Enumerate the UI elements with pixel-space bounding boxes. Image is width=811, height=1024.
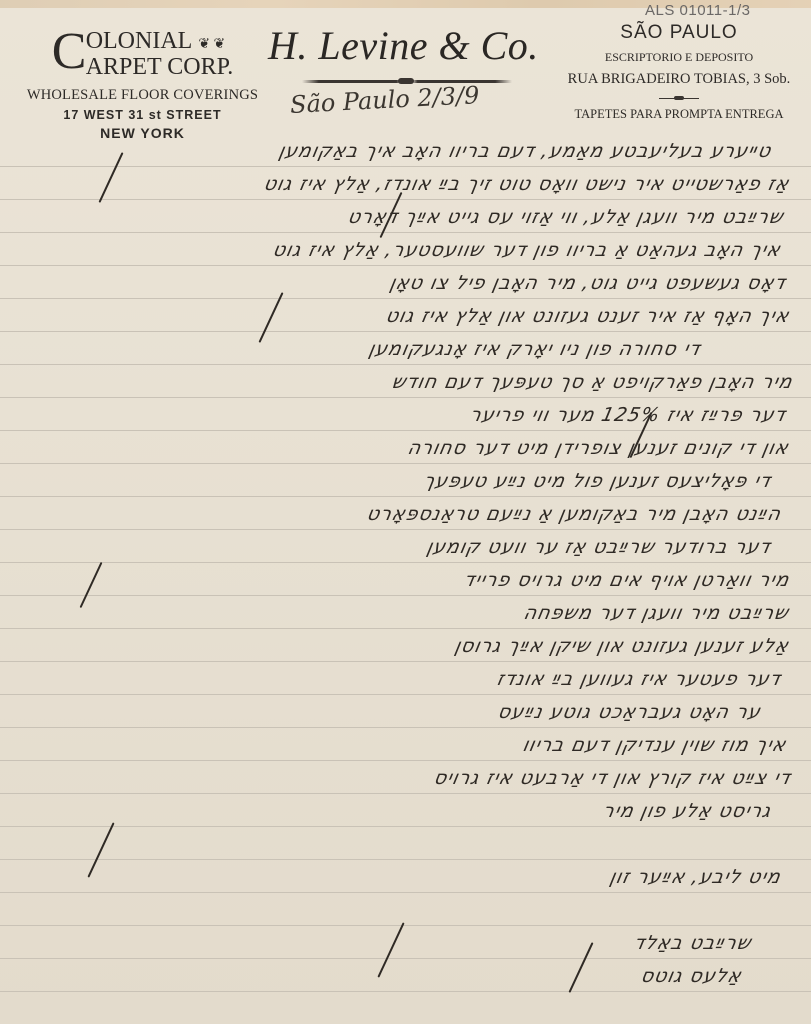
ruled-line <box>0 925 811 926</box>
brand-name: H. Levine & Co. <box>268 22 539 69</box>
ruled-line <box>0 397 811 398</box>
handwritten-line: דער פּרײַז איז 125% מער ווי פריער <box>468 404 788 426</box>
ruled-line <box>0 232 811 233</box>
ruled-line <box>0 958 811 959</box>
left-address: 17 WEST 31 st STREET <box>10 108 275 122</box>
handwritten-line: מיר וואַרטן אויף אים מיט גרויס פרייד <box>461 569 791 591</box>
handwritten-line: די צײַט איז קורץ און די אַרבעט איז גרויס <box>432 767 793 789</box>
ruled-line <box>0 199 811 200</box>
ruled-line <box>0 496 811 497</box>
ruled-line <box>0 826 811 827</box>
handwritten-line: און די קונים זענען צופרידן מיט דער סחורה <box>406 437 791 459</box>
ruled-line <box>0 793 811 794</box>
handwritten-line: טײערע בעליעבטע מאַמע, דעם בריוו האָב איך… <box>276 140 773 162</box>
handwritten-line: אַלע זענען געזונט און שיקן אײַך גרוסן <box>453 635 791 657</box>
handwritten-line: איך האָף אַז איר זענט געזונט און אַלץ אי… <box>383 305 791 327</box>
ruled-line <box>0 595 811 596</box>
ruled-line <box>0 859 811 860</box>
right-city: SÃO PAULO <box>548 22 810 44</box>
left-tagline: WHOLESALE FLOOR COVERINGS <box>10 87 275 104</box>
ornamental-divider <box>659 98 699 99</box>
handwritten-line: הײַנט האָבן מיר באַקומען אַ נײַעם טראַנס… <box>365 503 784 525</box>
handwritten-line: שרײַבט באַלד <box>631 932 753 954</box>
handwritten-line: די סחורה פון ניו יאָרק איז אָנגעקומען <box>367 338 703 360</box>
handwritten-line: דער פעטער איז געווען בײַ אונדז <box>495 668 784 690</box>
handwritten-line: איך האָב געהאַט אַ בריוו פון דער שוועסטע… <box>271 239 783 261</box>
handwritten-line: שרײַבט מיר וועגן אַלע, ווי אַזוי עס גייט… <box>345 206 785 228</box>
handwritten-line: דאָס געשעפט גייט גוט, מיר האָבן פיל צו ט… <box>388 272 788 294</box>
ruled-line <box>0 430 811 431</box>
right-tagline: TAPETES PARA PROMPTA ENTREGA <box>548 107 810 122</box>
left-city: NEW YORK <box>10 125 275 141</box>
handwritten-line: שרײַבט מיר וועגן דער משפּחה <box>522 602 791 624</box>
ruled-line <box>0 628 811 629</box>
ruled-line <box>0 727 811 728</box>
ruled-line <box>0 562 811 563</box>
ruled-line <box>0 760 811 761</box>
right-subtitle: ESCRIPTORIO E DEPOSITO <box>548 50 810 65</box>
handwritten-line: אַז פאַרשטייט איר נישט וואָס טוט זיך בײַ… <box>261 173 791 195</box>
company-line-1: OLONIAL <box>86 28 193 54</box>
letterhead-left: C OLONIAL❦ ❦ ARPET CORP. WHOLESALE FLOOR… <box>10 30 275 141</box>
ruled-line <box>0 463 811 464</box>
handwritten-line: ער האָט געבראַכט גוטע נײַעס <box>496 701 763 723</box>
catalog-number: ALS 01011-1/3 <box>645 2 750 19</box>
ruled-line <box>0 991 811 992</box>
handwritten-line: מיט ליבע, אײַער זון <box>608 866 783 888</box>
ornament-icon: ❦ ❦ <box>198 37 225 52</box>
ruled-line <box>0 892 811 893</box>
ruled-line <box>0 265 811 266</box>
company-line-2: ARPET CORP. <box>86 54 234 80</box>
handwritten-line: מיר האָבן פאַרקויפט אַ סך טעפּעך דעם חוד… <box>390 371 795 393</box>
ruled-line <box>0 331 811 332</box>
ruled-line <box>0 694 811 695</box>
handwritten-line: איך מוז שוין ענדיקן דעם בריוו <box>521 734 789 756</box>
ruled-line <box>0 166 811 167</box>
ruled-line <box>0 661 811 662</box>
right-address: RUA BRIGADEIRO TOBIAS, 3 Sob. <box>548 71 810 88</box>
handwritten-line: אַלעס גוטס <box>638 965 743 987</box>
handwritten-line: גריסט אַלע פון מיר <box>601 800 774 822</box>
logo-initial: C <box>52 28 87 76</box>
ruled-line <box>0 529 811 530</box>
ruled-line <box>0 298 811 299</box>
handwritten-line: די פּאָליצעס זענען פול מיט נײַע טעפּעך <box>422 470 774 492</box>
letterhead-right: SÃO PAULO ESCRIPTORIO E DEPOSITO RUA BRI… <box>548 22 810 122</box>
ornamental-rule-center <box>398 78 414 84</box>
colonial-carpet-logo: C OLONIAL❦ ❦ ARPET CORP. <box>52 30 234 78</box>
ruled-line <box>0 364 811 365</box>
handwritten-line: דער ברודער שרײַבט אַז ער וועט קומען <box>425 536 773 558</box>
